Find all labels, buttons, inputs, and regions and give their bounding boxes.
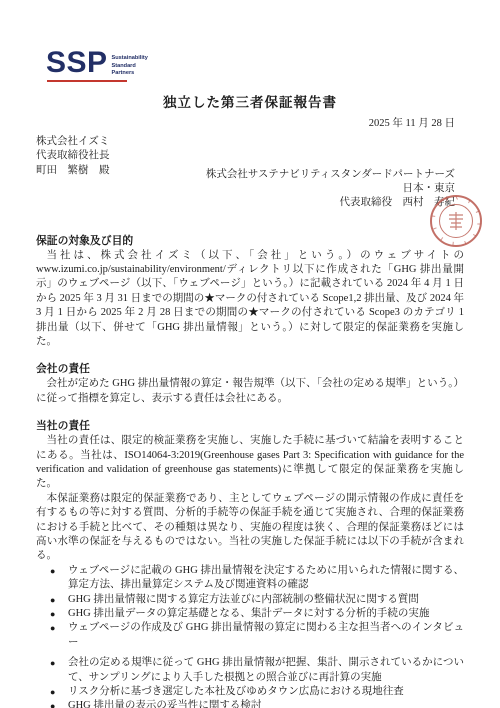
logo-tagline-line1: Sustainability [112, 55, 148, 61]
addressee-role: 代表取締役社長 [36, 149, 110, 164]
procedure-text: 会社の定める規準に従って GHG 排出量情報が把握、集計、開示されているかについ… [68, 656, 464, 685]
company-logo: SSP Sustainability Standard Partners [46, 50, 141, 82]
report-date: 2025 年 11 月 28 日 [36, 115, 464, 130]
list-item: ● GHG 排出量データの算定基礎となる、集計データに対する分析的手続の実施 [36, 607, 464, 621]
addressee-company: 株式会社イズミ [36, 135, 110, 150]
procedure-text: GHG 排出量データの算定基礎となる、集計データに対する分析的手続の実施 [68, 607, 464, 621]
issuer-representative: 代表取締役 西村 寿紀 [206, 196, 455, 210]
bullet-icon: ● [50, 656, 62, 685]
report-page: SSP Sustainability Standard Partners 独立し… [0, 0, 500, 708]
parties-block: 株式会社イズミ 代表取締役社長 町田 繁樹 殿 株式会社サステナビリティスタンダ… [36, 135, 464, 221]
logo-tagline-line3: Partners [112, 70, 135, 76]
bullet-icon: ● [50, 564, 62, 593]
list-item: ● GHG 排出量情報に関する算定方法並びに内部統制の整備状況に関する質問 [36, 593, 464, 607]
issuer-company: 株式会社サステナビリティスタンダードパートナーズ [206, 168, 455, 182]
procedure-text: GHG 排出量情報に関する算定方法並びに内部統制の整備状況に関する質問 [68, 593, 464, 607]
section-company-responsibility-heading: 会社の責任 [36, 362, 464, 377]
section-scope-heading: 保証の対象及び目的 [36, 234, 464, 249]
report-title: 独立した第三者保証報告書 [36, 91, 464, 111]
section-our-responsibility: 当社の責任 当社の責任は、限定的検証業務を実施し、実施した手続に基づいて結論を表… [36, 419, 464, 708]
bullet-icon: ● [50, 593, 62, 607]
bullet-icon: ● [50, 699, 62, 708]
section-our-responsibility-heading: 当社の責任 [36, 419, 464, 434]
bullet-icon: ● [50, 607, 62, 621]
logo-underline [47, 80, 127, 82]
procedure-text: GHG 排出量の表示の妥当性に関する検討 [68, 699, 464, 708]
company-seal-stamp [429, 194, 483, 248]
logo-tagline: Sustainability Standard Partners [112, 55, 148, 78]
list-item: ● ウェブページの作成及び GHG 排出量情報の算定に関わる主な担当者へのインタ… [36, 621, 464, 650]
list-item: ● リスク分析に基づき選定した本社及びゆめタウン広島における現地往査 [36, 685, 464, 699]
assurance-procedures-list-2: ● 会社の定める規準に従って GHG 排出量情報が把握、集計、開示されているかに… [36, 656, 464, 708]
section-scope: 保証の対象及び目的 当社は、株式会社イズミ（以下、「会社」という。）のウェブサイ… [36, 234, 464, 350]
procedure-text: リスク分析に基づき選定した本社及びゆめタウン広島における現地往査 [68, 685, 464, 699]
procedure-text: ウェブページに記載の GHG 排出量情報を決定するために用いられた情報に関する、… [68, 564, 464, 593]
assurance-procedures-list-1: ● ウェブページに記載の GHG 排出量情報を決定するために用いられた情報に関す… [36, 564, 464, 650]
section-company-responsibility: 会社の責任 会社が定めた GHG 排出量情報の算定・報告規準（以下、「会社の定め… [36, 362, 464, 406]
list-item: ● GHG 排出量の表示の妥当性に関する検討 [36, 699, 464, 708]
list-item: ● 会社の定める規準に従って GHG 排出量情報が把握、集計、開示されているかに… [36, 656, 464, 685]
logo-ssp-text: SSP [46, 50, 108, 76]
list-item: ● ウェブページに記載の GHG 排出量情報を決定するために用いられた情報に関す… [36, 564, 464, 593]
addressee-block: 株式会社イズミ 代表取締役社長 町田 繁樹 殿 [36, 135, 110, 179]
section-scope-body: 当社は、株式会社イズミ（以下、「会社」という。）のウェブサイトの www.izu… [36, 249, 464, 350]
section-our-responsibility-para1: 当社の責任は、限定的検証業務を実施し、実施した手続に基づいて結論を表明することに… [36, 434, 464, 492]
issuer-block: 株式会社サステナビリティスタンダードパートナーズ 日本・東京 代表取締役 西村 … [206, 168, 455, 210]
procedure-text: ウェブページの作成及び GHG 排出量情報の算定に関わる主な担当者へのインタビュ… [68, 621, 464, 650]
section-company-responsibility-body: 会社が定めた GHG 排出量情報の算定・報告規準（以下、「会社の定める規準」とい… [36, 377, 464, 406]
bullet-icon: ● [50, 685, 62, 699]
section-our-responsibility-para2: 本保証業務は限定的保証業務であり、主としてウェブページの開示情報の作成に責任を有… [36, 492, 464, 564]
issuer-location: 日本・東京 [206, 182, 455, 196]
addressee-person: 町田 繁樹 殿 [36, 164, 110, 179]
bullet-icon: ● [50, 621, 62, 650]
logo-tagline-line2: Standard [112, 63, 136, 69]
